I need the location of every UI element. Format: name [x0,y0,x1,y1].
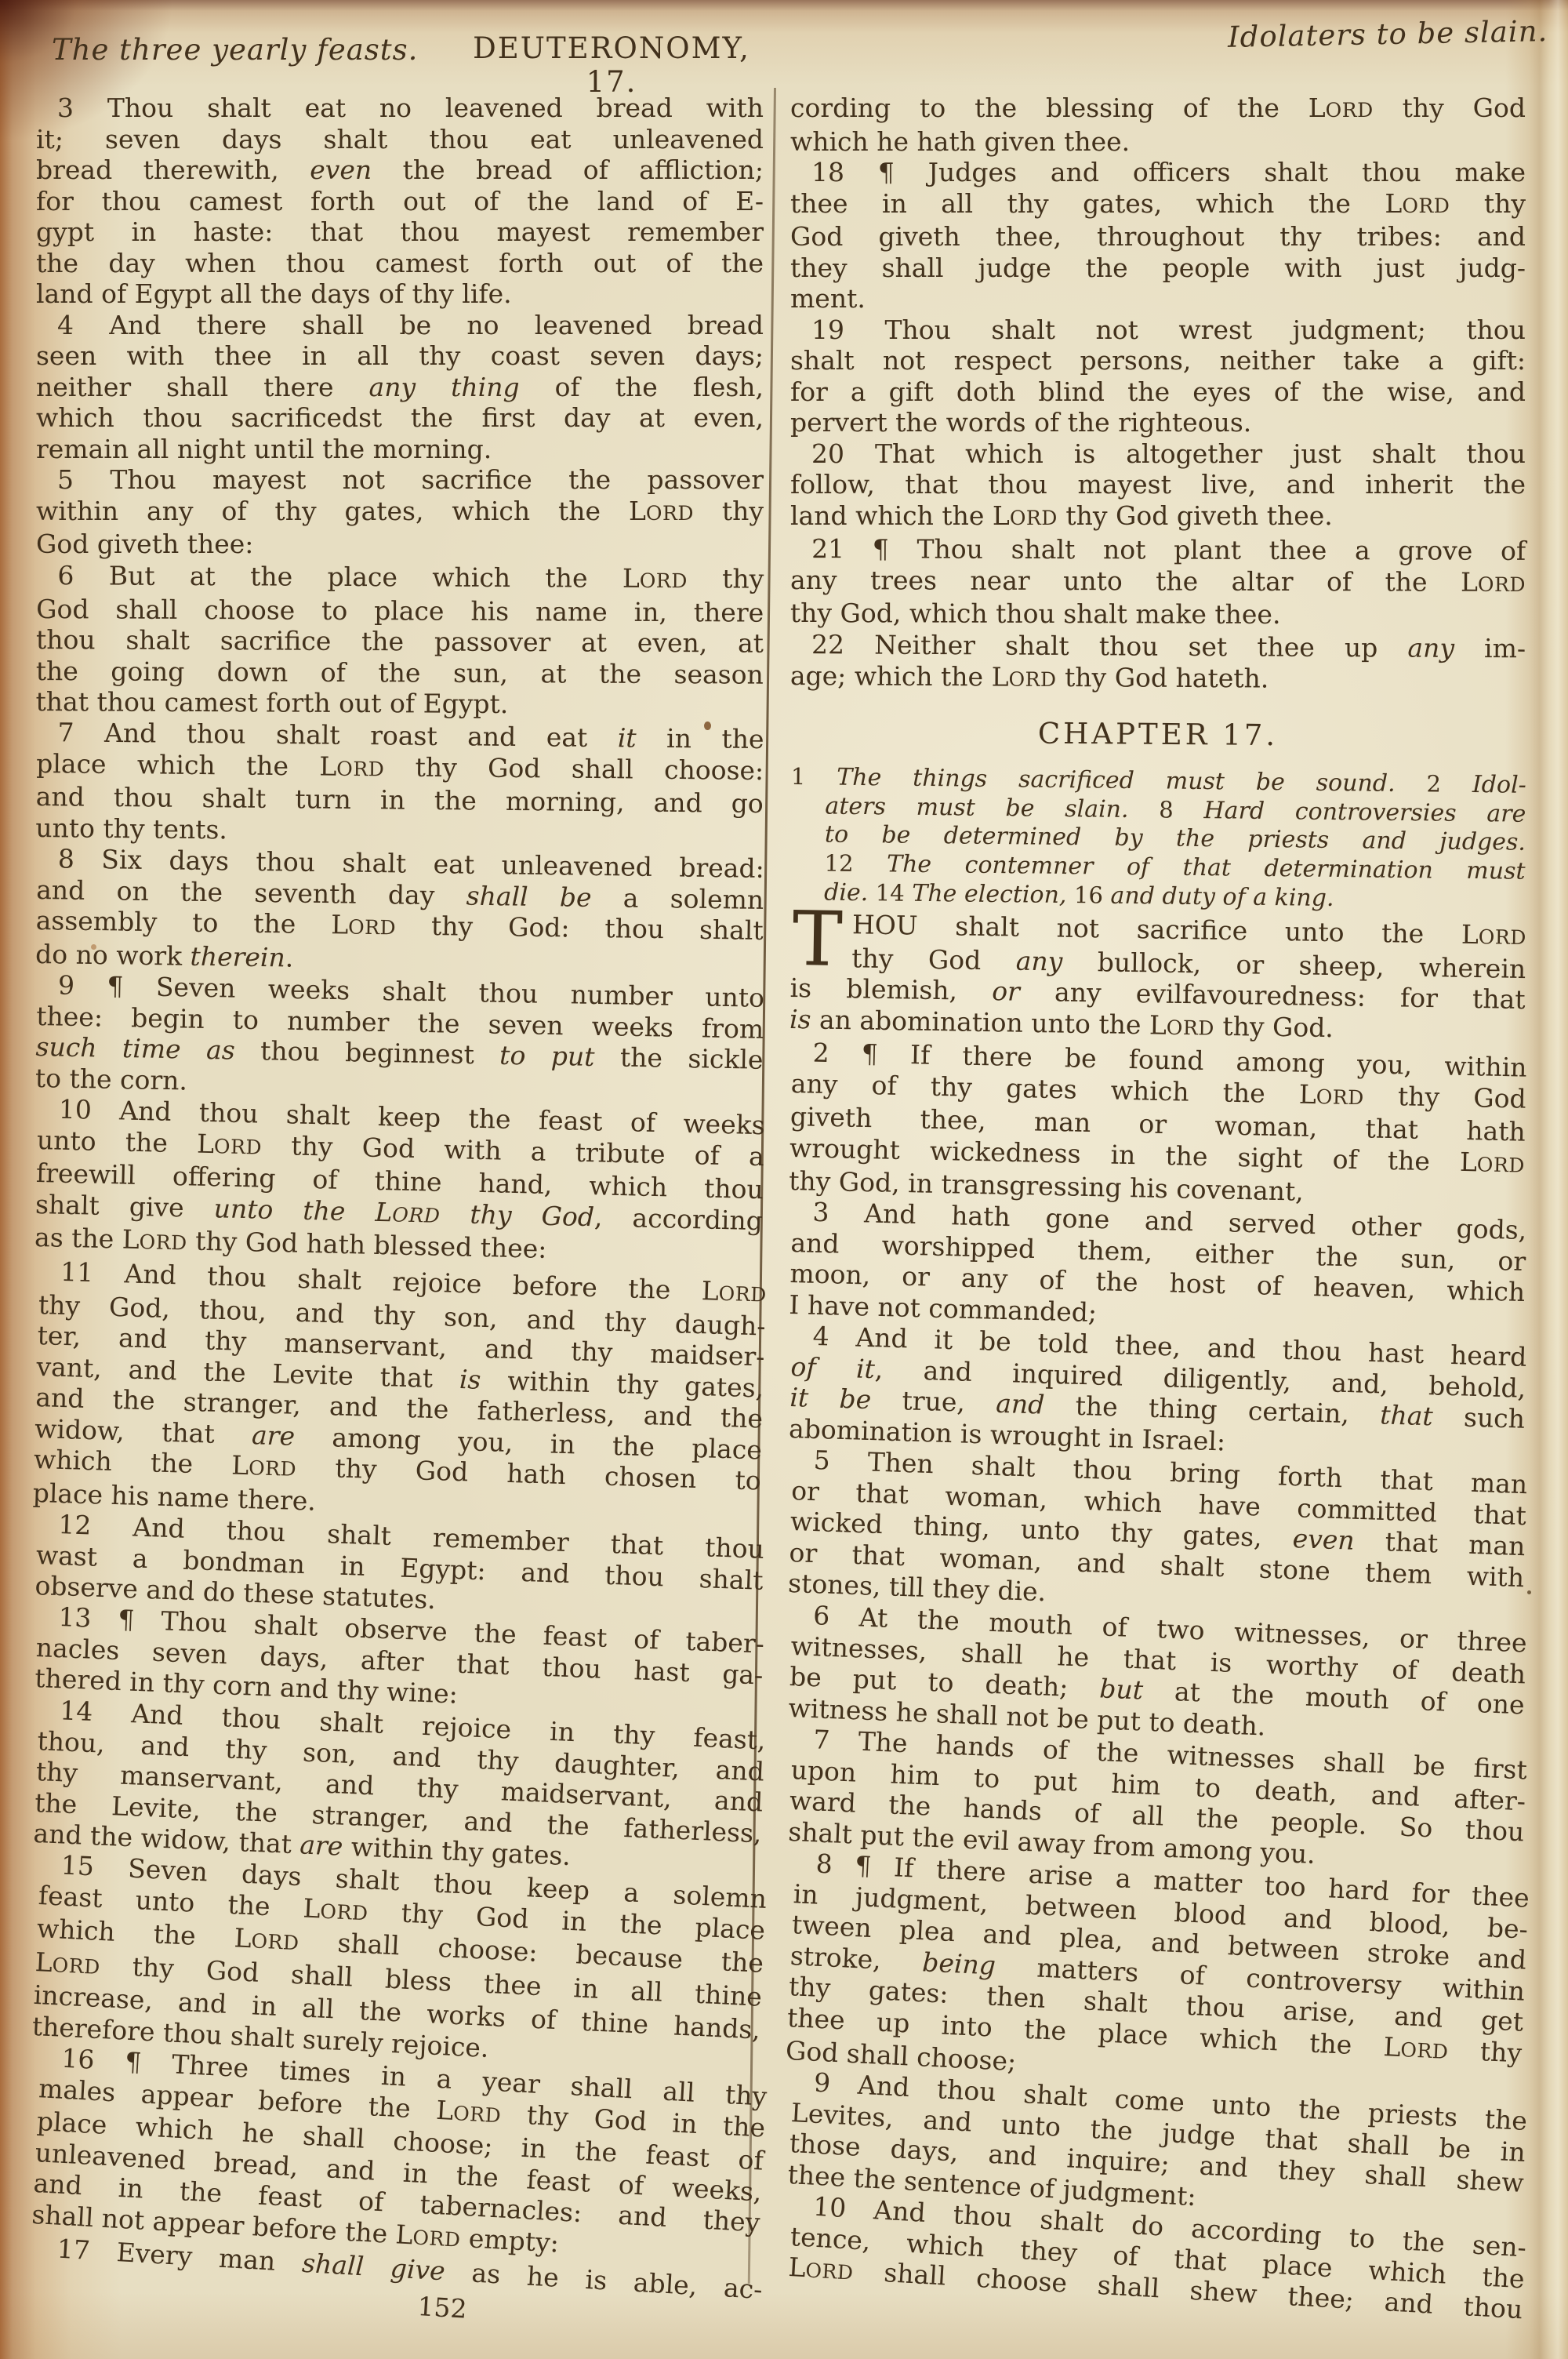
verse-line: within any of thy gates, which the LORD … [36,496,764,529]
bible-page: The three yearly feasts. DEUTERONOMY, 17… [0,0,1568,2359]
verse-line: 6 But at the place which the LORD thy [36,560,764,597]
verse: 6 But at the place which the LORD thyGod… [35,560,764,721]
drop-cap: T [790,908,852,971]
verse: 15 Seven days shalt thou keep a solemnfe… [31,1848,768,2077]
verse-line: gypt in haste: that thou mayest remember [36,216,764,248]
verse: THOU shalt not sacrifice unto the LORDth… [789,908,1527,1049]
verse: 8 Six days thou shalt eat unleavened bre… [35,843,764,980]
right-column: cording to the blessing of the LORD thy … [790,93,1526,2285]
chapter-summary: 1 The things sacrificed must be sound. 2… [789,762,1526,915]
verse-line: the day when thou camest forth out of th… [36,248,764,279]
verse: 3 And hath gone and served other gods,an… [789,1196,1527,1339]
verse: 4 And there shall be no leavened breadse… [36,310,764,465]
running-head-title: DEUTERONOMY, 17. [448,31,775,99]
verse-line: remain all night until the morning. [36,434,764,465]
verse-line: pervert the words of the righteous. [790,407,1526,438]
verse: 8 ¶ If there arise a matter too hard for… [785,1847,1530,2102]
verse: cording to the blessing of the LORD thy … [790,93,1526,157]
verse: 14 And thou shalt rejoice in thy feast,t… [33,1694,767,1880]
verse: 18 ¶ Judges and officers shalt thou make… [790,157,1526,314]
verse-line: the going down of the sun, at the season [36,655,764,689]
running-head-left: The three yearly feasts. [52,33,418,67]
verse-line: God shall choose to place his name in, t… [36,593,764,627]
verse: 16 ¶ Three times in a year shall all thy… [31,2041,768,2271]
chapter17-verses: THOU shalt not sacrifice unto the LORDth… [790,908,1526,2285]
verse-line: God giveth thee, throughout thy tribes: … [790,221,1526,253]
verse-line: 21 ¶ Thou shalt not plant thee a grove o… [790,533,1526,566]
verse-line: shalt not respect persons, neither take … [790,345,1526,376]
verse-line: 18 ¶ Judges and officers shalt thou make [790,157,1526,188]
verse-line: 19 Thou shalt not wrest judgment; thou [790,314,1526,346]
verse-line: 4 And there shall be no leavened bread [36,310,764,341]
verse: 9 ¶ Seven weeks shalt thou number untoth… [35,969,765,1107]
verse-line: neither shall there any thing of the fle… [36,372,764,403]
running-head-right: Idolaters to be slain. [1227,14,1548,54]
verse: 19 Thou shalt not wrest judgment; thoush… [790,314,1526,438]
verse: 3 Thou shalt eat no leavened bread withi… [36,93,764,310]
verse-line: land which the LORD thy God giveth thee. [790,500,1526,534]
verse-line: that thou camest forth out of Egypt. [35,685,763,720]
ink-speck [91,944,96,950]
verse-line: they shall judge the people with just ju… [790,253,1526,284]
verse-line: land of Egypt all the days of thy life. [36,278,764,310]
verse-line: 20 That which is altogether just shalt t… [790,438,1526,470]
verse: 22 Neither shalt thou set thee up any im… [790,629,1526,697]
verse: 5 Then shalt thou bring forth that manor… [788,1444,1528,1624]
verse-line: for thou camest forth out of the land of… [36,186,764,217]
verse: 20 That which is altogether just shalt t… [790,438,1526,534]
verse-line: which thou sacrificedst the first day at… [36,402,764,434]
verse: 11 And thou shalt rejoice before the LOR… [32,1256,767,1529]
verse-line: cording to the blessing of the LORD thy … [790,93,1526,126]
verse-line: follow, that thou mayest live, and inher… [790,469,1526,500]
verse-line: any trees near unto the altar of the LOR… [790,565,1526,600]
ink-speck [704,722,711,730]
chapter16-continued-verses: cording to the blessing of the LORD thy … [790,93,1526,693]
verse-line: which he hath given thee. [790,126,1526,158]
verse-line: thy God, which thou shalt make thee. [790,598,1526,631]
verse-line: thou shalt sacrifice the passover at eve… [36,624,764,659]
left-column: 3 Thou shalt eat no leavened bread withi… [36,93,764,2299]
verse: 21 ¶ Thou shalt not plant thee a grove o… [790,533,1526,631]
verse-line: 3 Thou shalt eat no leavened bread with [36,93,764,124]
verse: 7 And thou shalt roast and eat it in the… [35,717,764,850]
verse-line: bread therewith, even the bread of affli… [36,154,764,186]
verse-line: God giveth thee: [36,529,764,560]
ink-speck [1527,1590,1531,1594]
verse: 4 And it be told thee, and thou hast hea… [789,1320,1527,1466]
verse-line: thee in all thy gates, which the LORD th… [790,188,1526,222]
verse-line: 5 Thou mayest not sacrifice the passover [36,464,764,496]
verse-line: ment. [790,283,1526,314]
verse-line: age; which the LORD thy God hateth. [790,660,1526,697]
chapter-heading: CHAPTER 17. [790,714,1526,756]
verse: 10 And thou shalt keep the feast of week… [34,1093,765,1272]
verse: 2 ¶ If there be found among you, withina… [789,1037,1527,1212]
verse: 5 Thou mayest not sacrifice the passover… [36,464,764,560]
left-column-verses: 3 Thou shalt eat no leavened bread withi… [36,93,764,2263]
verse-line: seen with thee in all thy coast seven da… [36,340,764,372]
verse-line: 22 Neither shalt thou set thee up any im… [790,629,1526,664]
verse-line: for a gift doth blind the eyes of the wi… [790,376,1526,408]
verse-line: it; seven days shalt thou eat unleavened [36,124,764,155]
